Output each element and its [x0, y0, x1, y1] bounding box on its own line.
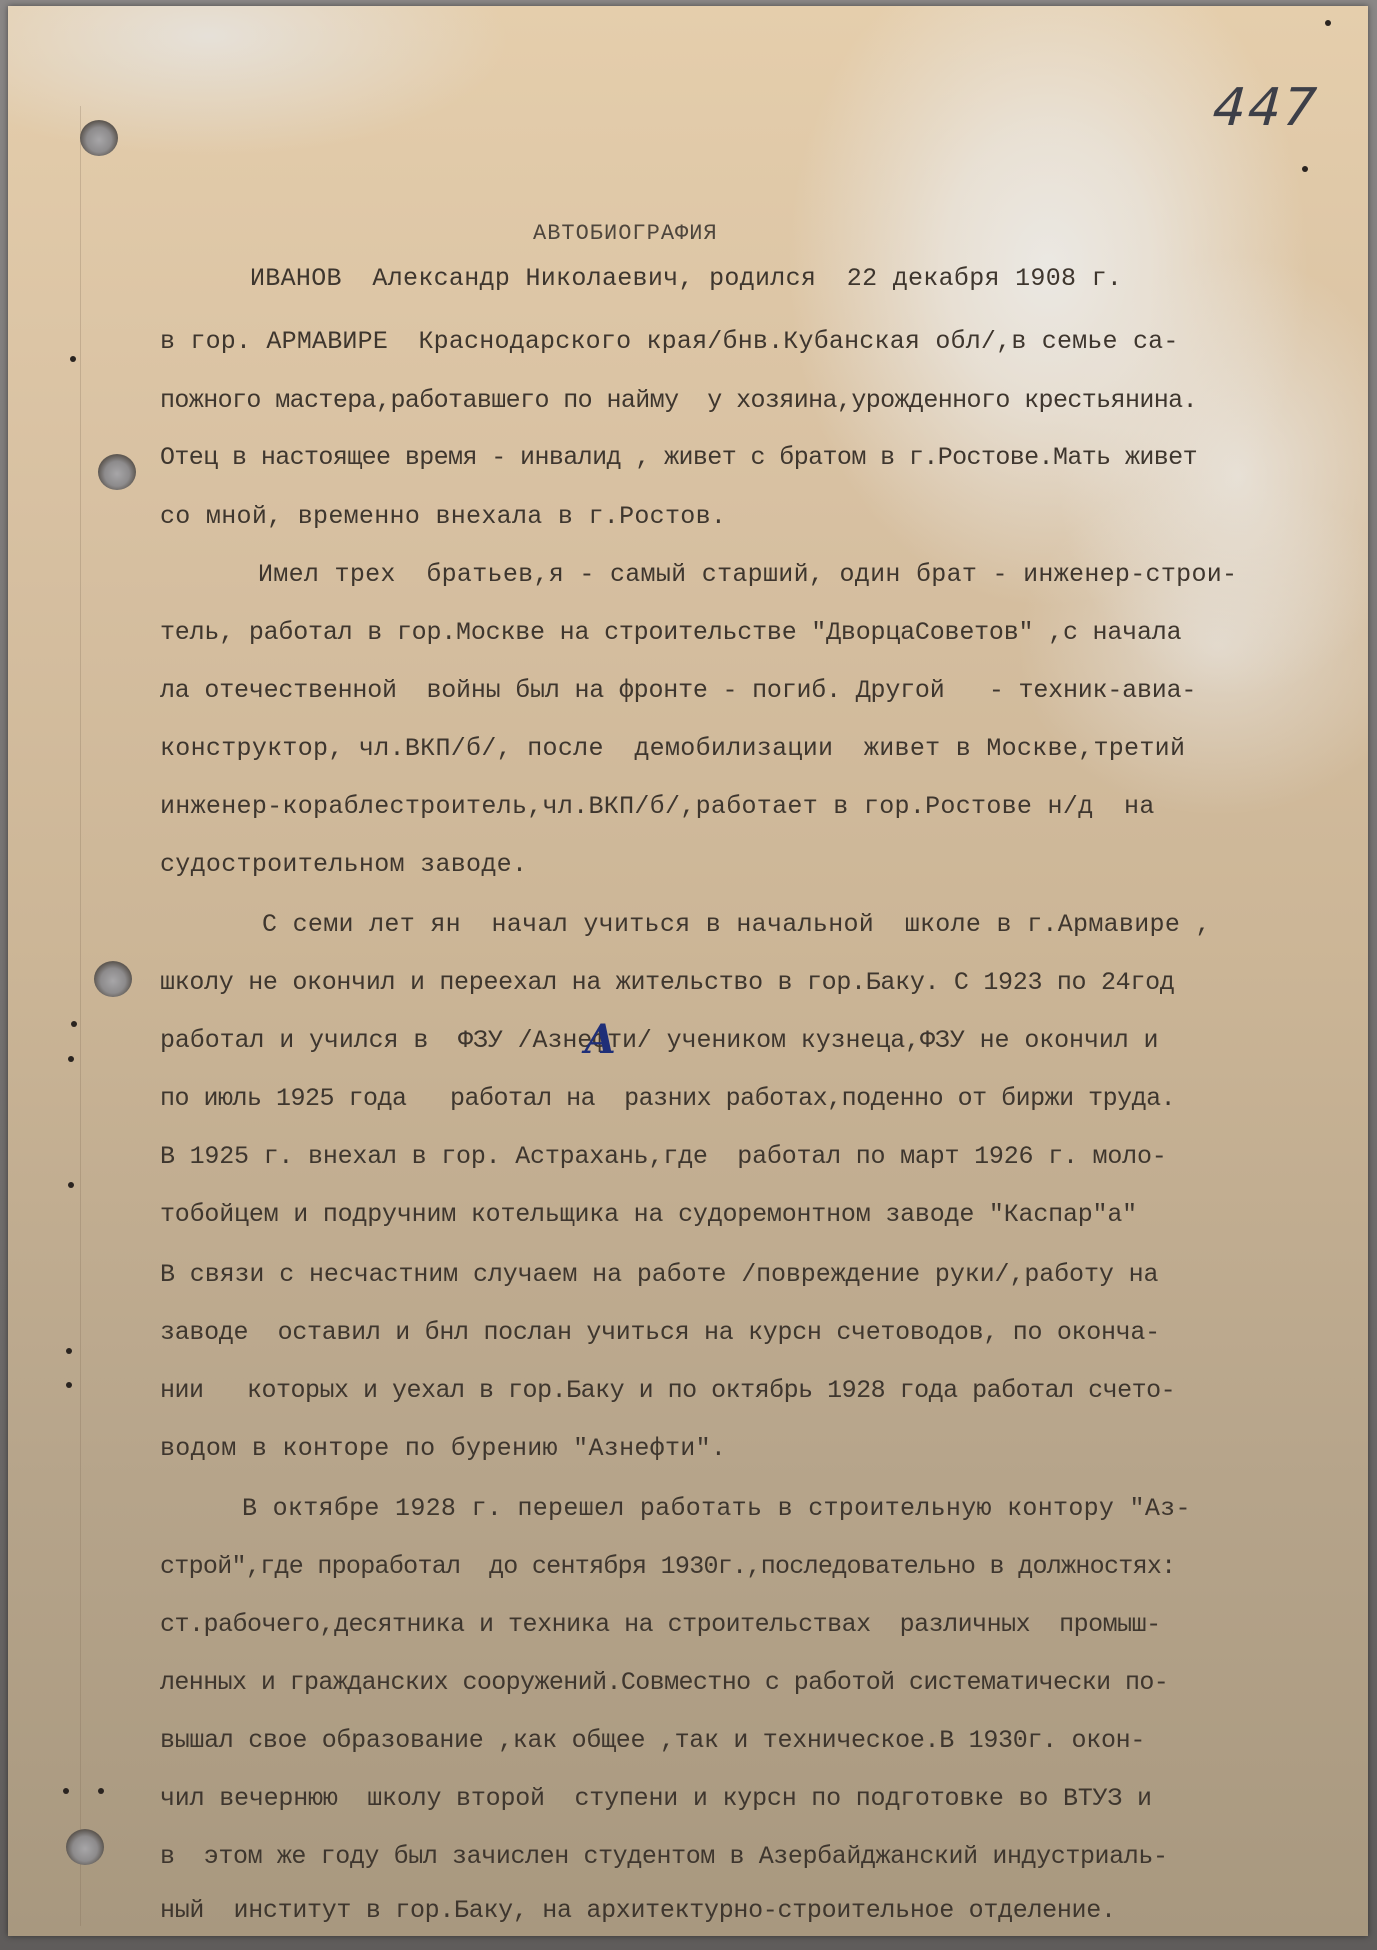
document-title: АВТОБИОГРАФИЯ — [533, 221, 718, 246]
pin-hole-icon — [63, 1788, 69, 1794]
punch-hole-icon — [66, 1829, 104, 1865]
pin-hole-icon — [71, 1021, 77, 1027]
text-line: ленных и гражданских сооружений.Совместн… — [160, 1668, 1168, 1697]
text-line: конструктор, чл.ВКП/б/, после демобилиза… — [160, 734, 1185, 763]
pin-hole-icon — [98, 1788, 104, 1794]
text-line: водом в конторе по бурению "Азнефти". — [160, 1434, 726, 1463]
text-line: С семи лет ян начал учиться в начальной … — [262, 910, 1211, 939]
text-line: тобойцем и подручним котельщика на судор… — [160, 1200, 1137, 1229]
text-line: инженер-кораблестроитель,чл.ВКП/б/,работ… — [160, 792, 1155, 821]
text-line: работал и учился в ФЗУ /Азнефти/ ученико… — [160, 1026, 1158, 1055]
pin-hole-icon — [68, 1056, 74, 1062]
pin-hole-icon — [68, 1182, 74, 1188]
text-line: чил вечернюю школу второй ступени и курс… — [160, 1784, 1152, 1813]
text-line: по июль 1925 года работал на разних рабо… — [160, 1084, 1175, 1113]
text-line: строй",где проработал до сентября 1930г.… — [160, 1552, 1175, 1581]
punch-hole-icon — [98, 454, 136, 490]
pin-hole-icon — [66, 1348, 72, 1354]
punch-hole-icon — [94, 961, 132, 997]
text-line: В октябре 1928 г. перешел работать в стр… — [242, 1494, 1191, 1523]
pin-hole-icon — [70, 356, 76, 362]
pin-hole-icon — [66, 1382, 72, 1388]
text-line: пожного мастера,работавшего по найму у х… — [160, 386, 1197, 415]
punch-hole-icon — [80, 120, 118, 156]
text-line: ла отечественной войны был на фронте - п… — [160, 676, 1196, 705]
document-body: ИВАНОВ Александр Николаевич, родился 22 … — [8, 6, 68, 992]
text-line: школу не окончил и переехал на жительств… — [160, 968, 1174, 997]
pin-hole-icon — [1302, 166, 1308, 172]
document-page: 447 АВТОБИОГРАФИЯ ИВАНОВ Александр Никол… — [8, 6, 1368, 1936]
fold-crease — [80, 106, 81, 1926]
text-line: нии которых и уехал в гор.Баку и по октя… — [160, 1376, 1175, 1405]
text-line: со мной, временно внехала в г.Ростов. — [160, 502, 726, 531]
text-line: тель, работал в гор.Москве на строительс… — [160, 618, 1181, 647]
text-line: вышал свое образование ,как общее ,так и… — [160, 1726, 1145, 1755]
text-line: ст.рабочего,десятника и техника на строи… — [160, 1610, 1161, 1639]
text-line: Имел трех братьев,я - самый старший, оди… — [258, 560, 1237, 589]
text-line: судостроительном заводе. — [160, 850, 527, 879]
text-line: ный институт в гор.Баку, на архитектурно… — [160, 1896, 1116, 1925]
text-line: В связи с несчастним случаем на работе /… — [160, 1260, 1158, 1289]
text-line: В 1925 г. внехал в гор. Астрахань,где ра… — [160, 1142, 1167, 1171]
pin-hole-icon — [1325, 20, 1331, 26]
text-line: в этом же году был зачислен студентом в … — [160, 1842, 1168, 1871]
text-line: ИВАНОВ Александр Николаевич, родился 22 … — [250, 264, 1122, 293]
folio-number: 447 — [1211, 78, 1320, 138]
text-line: заводе оставил и бнл послан учиться на к… — [160, 1318, 1160, 1347]
text-line: в гор. АРМАВИРЕ Краснодарского края/бнв.… — [160, 327, 1179, 356]
handwritten-correction: А — [584, 1016, 617, 1063]
text-line: Отец в настоящее время - инвалид , живет… — [160, 443, 1197, 472]
